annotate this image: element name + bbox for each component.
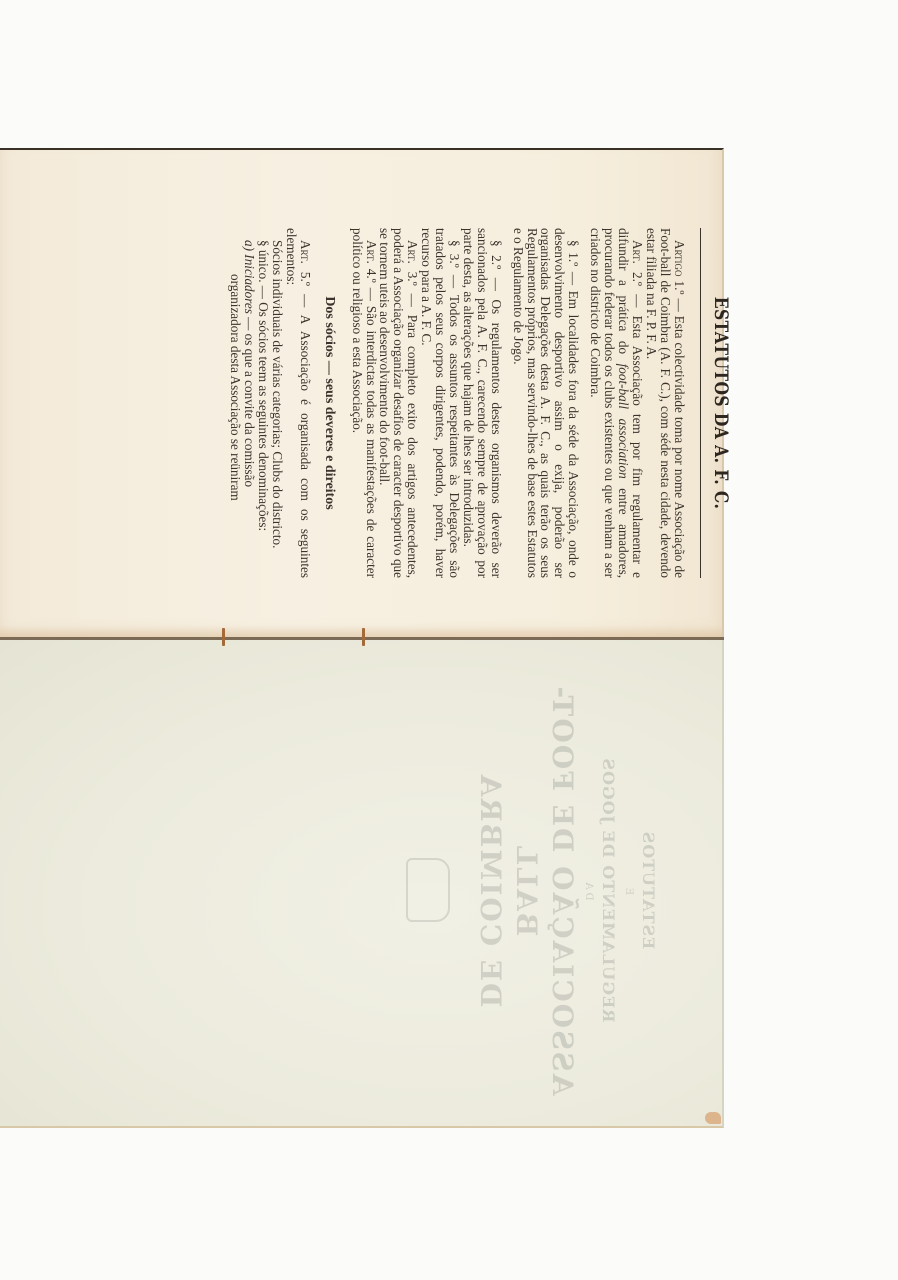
article-5-members: Sócios individuais de várias categorias;… bbox=[270, 228, 284, 578]
article-2-paragraph-1: § 1.º — Em localidades fora da séde da A… bbox=[511, 228, 581, 578]
staple-2 bbox=[362, 628, 365, 646]
title-rule bbox=[700, 228, 702, 578]
bleed-line-2: E bbox=[620, 680, 636, 1100]
member-type-a: a) Iniciadores — os que a convite da com… bbox=[228, 228, 256, 578]
staple-1 bbox=[222, 628, 225, 646]
bleed-line-5: ASSOCIAÇÃO DE FOOT-BALL bbox=[508, 680, 580, 1100]
document-title: ESTATUTOS DA A. F. C. bbox=[713, 260, 727, 547]
section-heading: Dos sócios — seus deveres e direitos bbox=[322, 228, 336, 578]
article-5: Art. 5.º — A Associação é organisada com… bbox=[284, 228, 312, 578]
article-1: Artigo 1.º — Esta colectividade toma por… bbox=[644, 228, 686, 578]
emblem-icon bbox=[406, 858, 450, 922]
bleed-line-6: DE COIMBRA bbox=[472, 680, 508, 1100]
bleed-line-3: REGULAMENTO DE JOGOS bbox=[596, 680, 620, 1100]
bleed-line-4: DA bbox=[580, 680, 596, 1100]
article-2: Art. 2.º — Esta Associação tem por fim r… bbox=[588, 228, 644, 578]
article-3: Art. 3.º — Para completo exito dos artig… bbox=[378, 228, 420, 578]
cover-bleed-through: ESTATUTOS E REGULAMENTO DE JOGOS DA ASSO… bbox=[60, 680, 660, 1100]
bleed-line-1: ESTATUTOS bbox=[636, 680, 660, 1100]
torn-corner bbox=[705, 1112, 721, 1124]
statutes-text-block: ESTATUTOS DA A. F. C. Artigo 1.º — Esta … bbox=[95, 228, 735, 578]
article-4: Art. 4.º — São interdictas todas as mani… bbox=[350, 228, 378, 578]
article-5-sole-paragraph: § único. — Os sócios teem as seguintes d… bbox=[256, 228, 270, 578]
article-2-paragraph-3: § 3.º — Todos os assuntos respeitantes à… bbox=[419, 228, 461, 578]
article-2-paragraph-2: § 2.º — Os regulamentos destes organismo… bbox=[461, 228, 503, 578]
